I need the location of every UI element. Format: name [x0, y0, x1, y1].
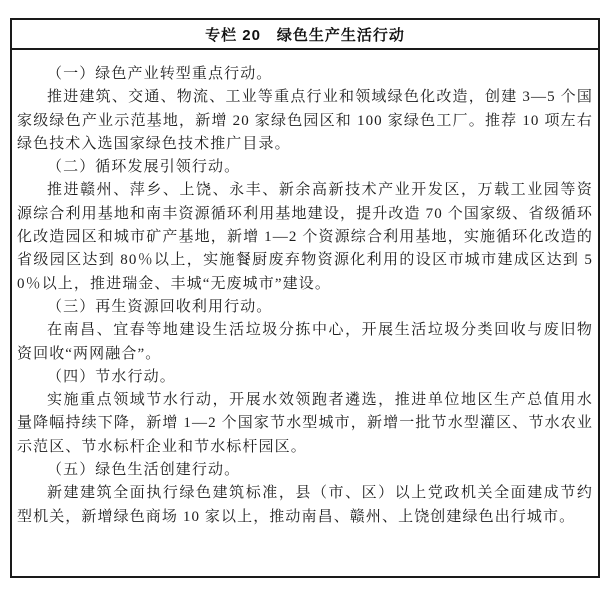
section-5: （五）绿色生活创建行动。 新建建筑全面执行绿色建筑标准，县（市、区）以上党政机关…	[17, 459, 593, 529]
section-4: （四）节水行动。 实施重点领域节水行动，开展水效领跑者遴选，推进单位地区生产总值…	[17, 366, 593, 459]
page: { "panel": { "title": "专栏 20 绿色生产生活行动", …	[0, 0, 611, 600]
section-3-heading: （三）再生资源回收利用行动。	[17, 296, 593, 319]
section-1: （一）绿色产业转型重点行动。 推进建筑、交通、物流、工业等重点行业和领域绿色化改…	[17, 63, 593, 156]
section-2: （二）循环发展引领行动。 推进赣州、萍乡、上饶、永丰、新余高新技术产业开发区，万…	[17, 156, 593, 296]
section-1-heading: （一）绿色产业转型重点行动。	[17, 63, 593, 86]
section-2-heading: （二）循环发展引领行动。	[17, 156, 593, 179]
section-4-heading: （四）节水行动。	[17, 366, 593, 389]
column-box-title: 专栏 20 绿色生产生活行动	[205, 24, 405, 45]
section-5-body: 新建建筑全面执行绿色建筑标准，县（市、区）以上党政机关全面建成节约型机关，新增绿…	[17, 482, 593, 529]
section-3: （三）再生资源回收利用行动。 在南昌、宜春等地建设生活垃圾分拣中心，开展生活垃圾…	[17, 296, 593, 366]
section-5-heading: （五）绿色生活创建行动。	[17, 459, 593, 482]
column-box-header: 专栏 20 绿色生产生活行动	[12, 20, 598, 50]
section-4-body: 实施重点领域节水行动，开展水效领跑者遴选，推进单位地区生产总值用水量降幅持续下降…	[17, 389, 593, 459]
column-box-body: （一）绿色产业转型重点行动。 推进建筑、交通、物流、工业等重点行业和领域绿色化改…	[12, 50, 598, 529]
section-1-body: 推进建筑、交通、物流、工业等重点行业和领域绿色化改造，创建 3—5 个国家级绿色…	[17, 86, 593, 156]
section-3-body: 在南昌、宜春等地建设生活垃圾分拣中心，开展生活垃圾分类回收与废旧物资回收“两网融…	[17, 319, 593, 366]
section-2-body: 推进赣州、萍乡、上饶、永丰、新余高新技术产业开发区，万载工业园等资源综合利用基地…	[17, 179, 593, 295]
column-box: 专栏 20 绿色生产生活行动 （一）绿色产业转型重点行动。 推进建筑、交通、物流…	[10, 18, 600, 578]
